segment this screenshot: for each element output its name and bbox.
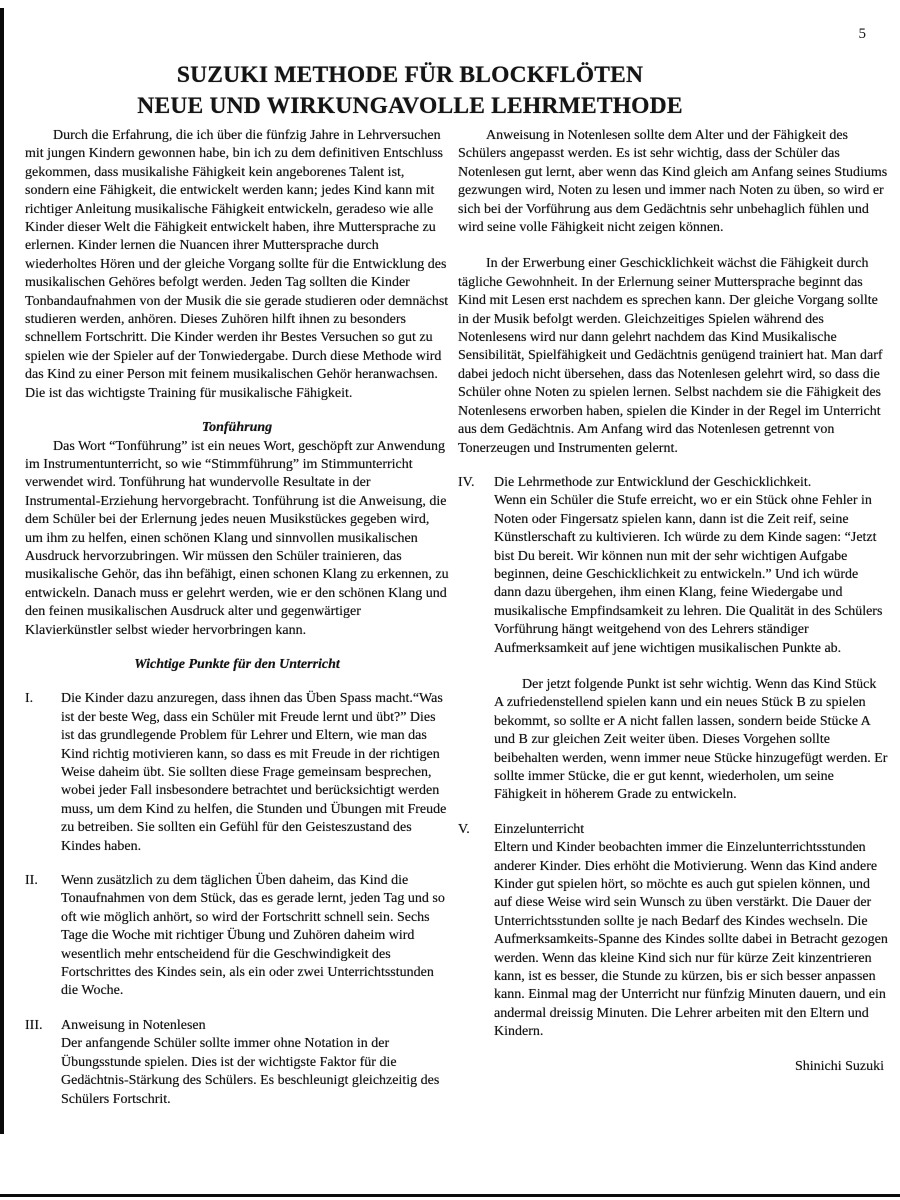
list-item-2-numeral: II. <box>25 872 61 890</box>
list-item-4-body: Die Lehrmethode zur Entwicklund der Gesc… <box>494 474 888 805</box>
list-item-3-numeral: III. <box>25 1017 61 1035</box>
list-item-5-title: Einzelunterricht <box>494 821 888 839</box>
paragraph-tonfuehrung: Das Wort “Tonführung” ist ein neues Wort… <box>25 438 449 640</box>
page-title: SUZUKI METHODE FÜR BLOCKFLÖTEN NEUE UND … <box>25 60 795 122</box>
list-item-3-title: Anweisung in Notenlesen <box>61 1017 449 1035</box>
section-heading-wichtige-punkte: Wichtige Punkte für den Unterricht <box>25 656 449 674</box>
left-column: Durch die Erfahrung, die ich über die fü… <box>25 127 449 1109</box>
right-column: Anweisung in Notenlesen sollte dem Alter… <box>458 127 888 1076</box>
scanned-document-page: 5 SUZUKI METHODE FÜR BLOCKFLÖTEN NEUE UN… <box>0 0 900 1200</box>
numbered-list-left: I. Die Kinder dazu anzuregen, dass ihnen… <box>25 690 449 1109</box>
section-heading-tonfuehrung: Tonführung <box>25 419 449 437</box>
list-item-4: IV. Die Lehrmethode zur Entwicklund der … <box>458 474 888 805</box>
list-item-2: II. Wenn zusätzlich zu dem täglichen Übe… <box>25 872 449 1001</box>
list-item-5-numeral: V. <box>458 821 494 839</box>
list-item-5: V. Einzelunterricht Eltern und Kinder be… <box>458 821 888 1042</box>
list-item-1: I. Die Kinder dazu anzuregen, dass ihnen… <box>25 690 449 856</box>
paragraph-intro: Durch die Erfahrung, die ich über die fü… <box>25 127 449 403</box>
list-item-5-text: Eltern und Kinder beobachten immer die E… <box>494 839 888 1041</box>
scan-border-left <box>0 8 4 1134</box>
paragraph-erwerbung: In der Erwerbung einer Geschicklichkeit … <box>458 255 888 457</box>
list-item-5-body: Einzelunterricht Eltern und Kinder beoba… <box>494 821 888 1042</box>
list-item-4-text: Wenn ein Schüler die Stufe erreicht, wo … <box>494 492 888 658</box>
list-item-3-text: Der anfangende Schüler sollte immer ohne… <box>61 1035 449 1109</box>
list-item-2-text: Wenn zusätzlich zu dem täglichen Üben da… <box>61 872 449 1001</box>
page-number: 5 <box>859 26 867 43</box>
paragraph-notenlesen: Anweisung in Notenlesen sollte dem Alter… <box>458 127 888 237</box>
list-item-3-body: Anweisung in Notenlesen Der anfangende S… <box>61 1017 449 1109</box>
list-item-1-text: Die Kinder dazu anzuregen, dass ihnen da… <box>61 690 449 856</box>
list-item-1-numeral: I. <box>25 690 61 708</box>
numbered-list-right: IV. Die Lehrmethode zur Entwicklund der … <box>458 474 888 1042</box>
author-signature: Shinichi Suzuki <box>458 1058 888 1076</box>
scan-border-bottom <box>0 1194 900 1197</box>
list-item-4-text2: Der jetzt folgende Punkt ist sehr wichti… <box>494 676 888 805</box>
list-item-4-numeral: IV. <box>458 474 494 492</box>
list-item-3: III. Anweisung in Notenlesen Der anfange… <box>25 1017 449 1109</box>
page-title-line2: NEUE UND WIRKUNGAVOLLE LEHRMETHODE <box>25 91 795 122</box>
page-title-line1: SUZUKI METHODE FÜR BLOCKFLÖTEN <box>25 60 795 91</box>
list-item-4-title: Die Lehrmethode zur Entwicklund der Gesc… <box>494 474 888 492</box>
